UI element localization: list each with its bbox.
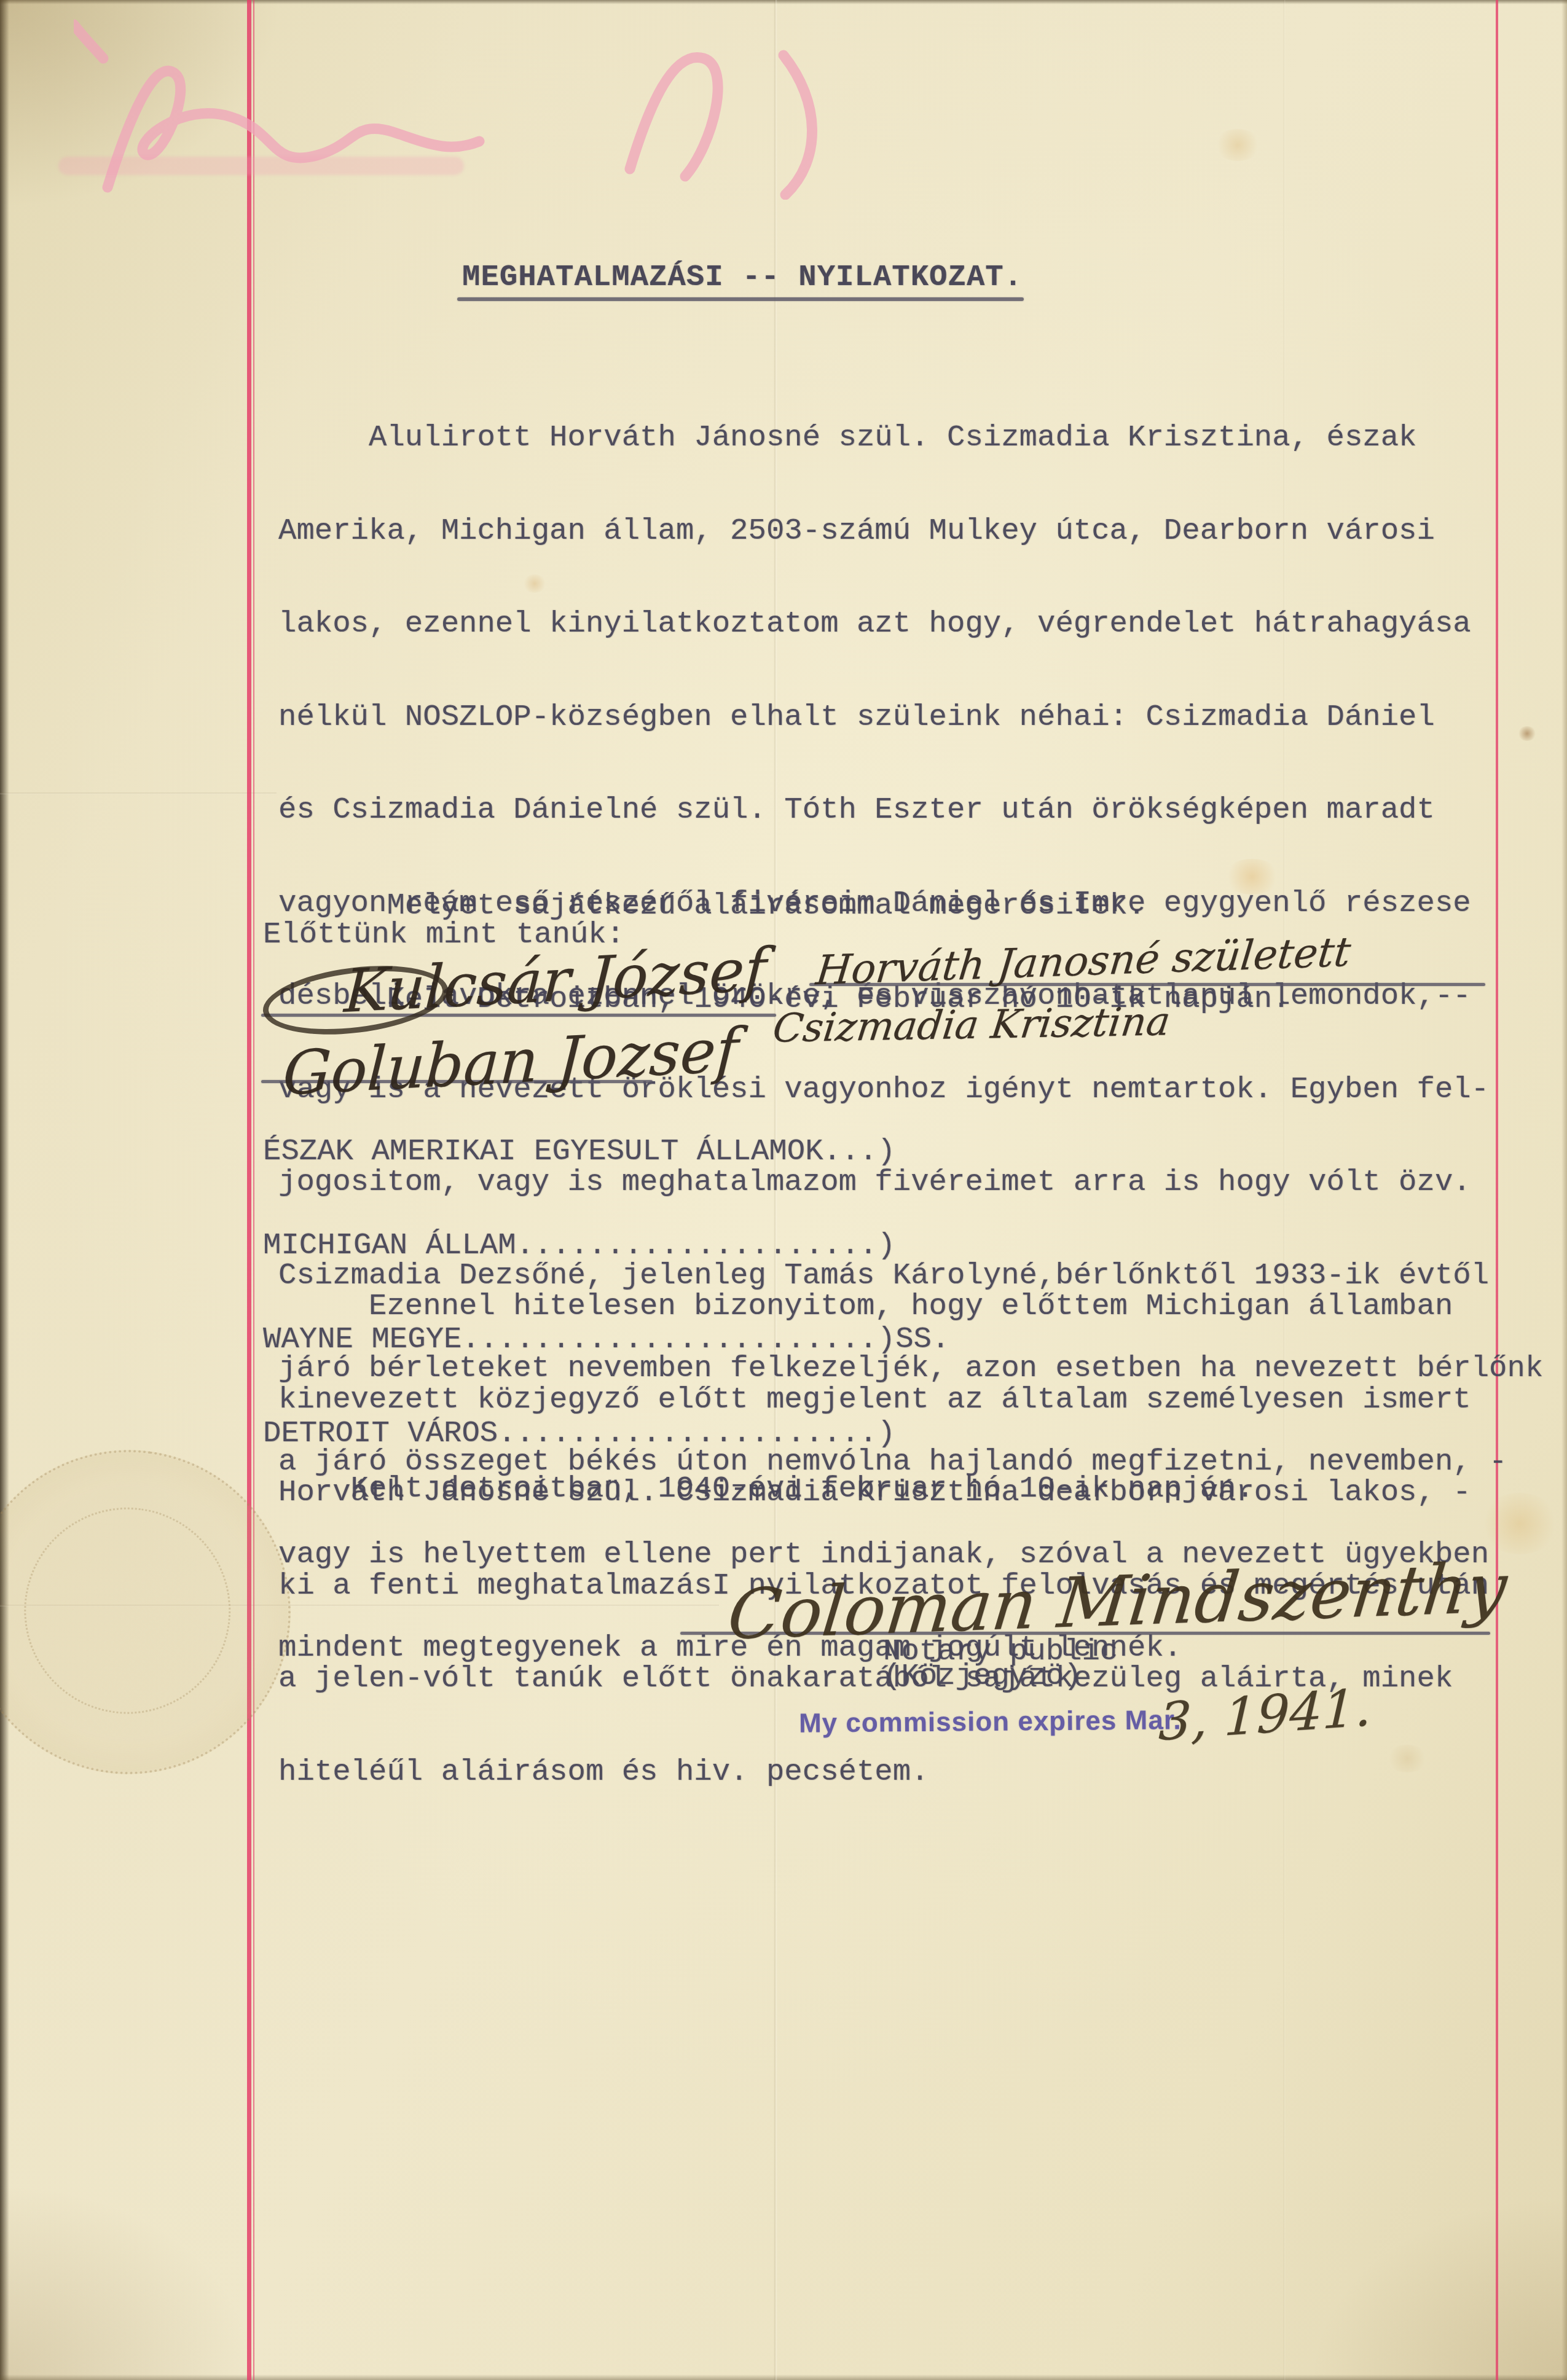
stain [1386,1745,1429,1772]
dateline-2: Kelt detroitban, 1940-évi februar hó 10-… [278,1473,1254,1505]
stain [1214,129,1262,161]
notary-title-hu: (Közjegyzö) [883,1661,1082,1692]
typed-line: kinevezett közjegyző előtt megjelent az … [278,1384,1489,1415]
typed-line: hiteléűl aláirásom és hiv. pecsétem. [278,1756,1489,1788]
title-underline [457,297,1024,301]
horizontal-crease-upper [0,793,277,794]
stain [1518,726,1536,741]
declarant-signature-maiden: Csizmadia Krisztina [770,999,1172,1051]
scanned-document-page: MEGHATALMAZÁSI -- NYILATKOZAT. Alulirott… [0,0,1567,2380]
left-margin-rule-thin [253,0,254,2380]
stain [1480,1493,1560,1554]
typed-line: nélkül NOSZLOP-községben elhalt szüleink… [278,702,1543,733]
typed-line: Ezennel hitelesen bizonyitom, hogy előtt… [278,1291,1489,1322]
typed-line: Alulirott Horváth Jánosné szül. Csizmadi… [278,422,1543,453]
scan-edge-left [0,0,9,2380]
typed-line: Amerika, Michigan állam, 2503-számú Mulk… [278,515,1543,547]
stain [1223,859,1281,894]
body-paragraph-2: Ezennel hitelesen bizonyitom, hogy előtt… [278,1229,1489,1849]
typed-line: Melyet sajátkezű aláirásommal megerősite… [278,890,1290,922]
typed-line: lakos, ezennel kinyilatkoztatom azt hogy… [278,608,1543,640]
document-title: MEGHATALMAZÁSI -- NYILATKOZAT. [462,262,1023,293]
corner-shade-bottom-right [1309,2196,1567,2380]
typed-line: ÉSZAK AMERIKAI EGYESULT ÁLLAMOK...) [263,1136,949,1168]
left-margin-rule-thick [247,0,251,2380]
stain [522,574,547,593]
embossed-notary-seal-inner [11,1494,244,1727]
commission-stamp-text: My commission expires Mar. [799,1705,1182,1739]
scan-edge-right [1561,0,1567,2380]
corner-shade-bottom-left [0,2183,258,2380]
typed-line: és Csizmadia Dánielné szül. Tóth Eszter … [278,794,1543,826]
red-pencil-smear [58,157,464,175]
